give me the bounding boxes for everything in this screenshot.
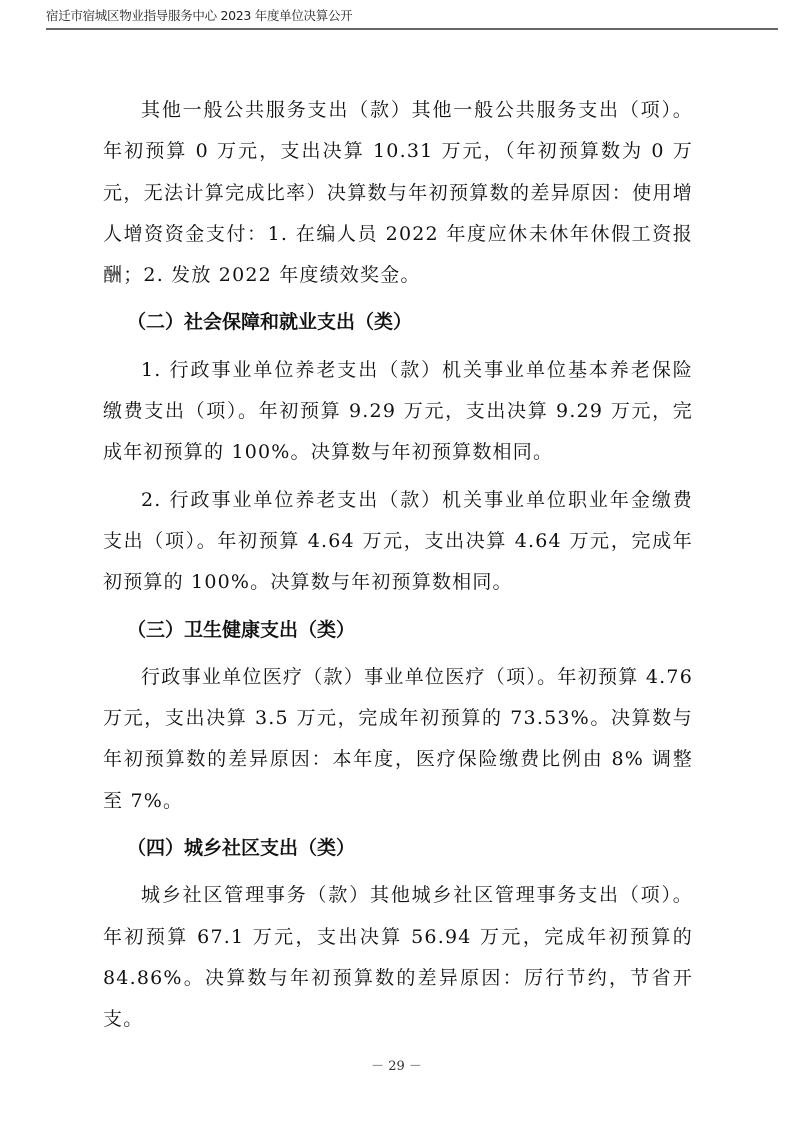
document-body: 其他一般公共服务支出（款）其他一般公共服务支出（项）。年初预算 0 万元，支出决… xyxy=(103,90,693,1041)
header-divider xyxy=(46,28,778,30)
section-heading-health: （三）卫生健康支出（类） xyxy=(103,610,693,651)
paragraph-community-management: 城乡社区管理事务（款）其他城乡社区管理事务支出（项）。年初预算 67.1 万元，… xyxy=(103,875,693,1040)
paragraph-occupational-annuity: 2. 行政事业单位养老支出（款）机关事业单位职业年金缴费支出（项）。年初预算 4… xyxy=(103,480,693,604)
page-number: － 29 － xyxy=(0,1055,793,1074)
document-title: 宿迁市宿城区物业指导服务中心 2023 年度单位决算公开 xyxy=(46,6,778,26)
paragraph-other-general-public-services: 其他一般公共服务支出（款）其他一般公共服务支出（项）。年初预算 0 万元，支出决… xyxy=(103,90,693,296)
section-heading-urban-rural: （四）城乡社区支出（类） xyxy=(103,828,693,869)
section-heading-social-security: （二）社会保障和就业支出（类） xyxy=(103,302,693,343)
paragraph-basic-pension: 1. 行政事业单位养老支出（款）机关事业单位基本养老保险缴费支出（项）。年初预算… xyxy=(103,350,693,474)
page-header: 宿迁市宿城区物业指导服务中心 2023 年度单位决算公开 xyxy=(46,6,778,30)
paragraph-medical: 行政事业单位医疗（款）事业单位医疗（项）。年初预算 4.76 万元，支出决算 3… xyxy=(103,657,693,822)
